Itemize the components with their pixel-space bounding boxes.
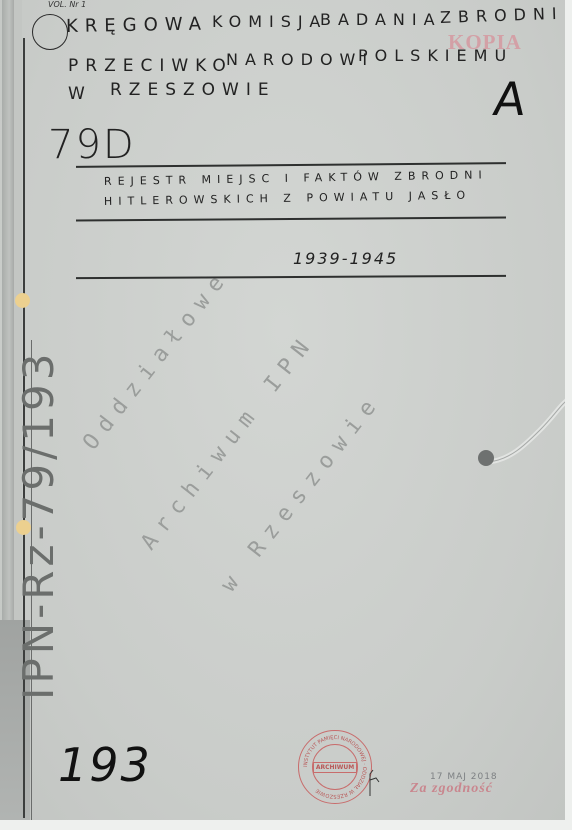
file-code: 79D — [48, 122, 136, 168]
header-word: ZBRODNI — [440, 4, 564, 27]
document-page: IPN-Rz-79/193 VOL. Nr 1 KRĘGOWA KOMISJA … — [0, 0, 565, 820]
rule-line — [76, 275, 506, 279]
archive-stamp: INSTYTUT PAMIĘCI NARODOWEJ · ODDZIAŁ W R… — [298, 730, 372, 804]
header-word: POLSKIEMU — [358, 46, 513, 65]
rule-line — [76, 162, 506, 168]
handwritten-o-circle — [32, 14, 68, 50]
header-word: NARODOWI — [226, 50, 374, 69]
page-number: 193 — [58, 738, 152, 792]
watermark-line-1: Oddziałowe — [78, 264, 235, 455]
category-letter: A — [490, 72, 529, 126]
date-range: 1939-1945 — [293, 249, 398, 268]
header-word: KRĘGOWA — [66, 14, 208, 37]
rule-line — [76, 216, 506, 221]
scan-margin-right — [565, 0, 572, 830]
title-line-1: REJESTR MIEJSC I FAKTÓW ZBRODNI — [104, 168, 488, 188]
scan-margin-bottom — [0, 820, 572, 830]
stamp-center-text: ARCHIWUM — [313, 762, 357, 773]
volume-note: VOL. Nr 1 — [48, 0, 86, 9]
signature-icon — [367, 768, 381, 798]
punch-hole-icon — [15, 293, 30, 308]
header-word: RZESZOWIE — [110, 80, 276, 100]
certification-label: Za zgodność — [410, 781, 493, 797]
header-word: BADANIA — [320, 10, 442, 29]
spine-signature: IPN-Rz-79/193 — [14, 350, 63, 700]
header-word: KOMISJA — [212, 12, 327, 31]
header-word: W — [68, 84, 92, 104]
header-word: PRZECIWKO — [68, 56, 233, 76]
title-line-2: HITLEROWSKICH Z POWIATU JASŁO — [104, 189, 471, 208]
binder-string-icon — [470, 390, 565, 480]
